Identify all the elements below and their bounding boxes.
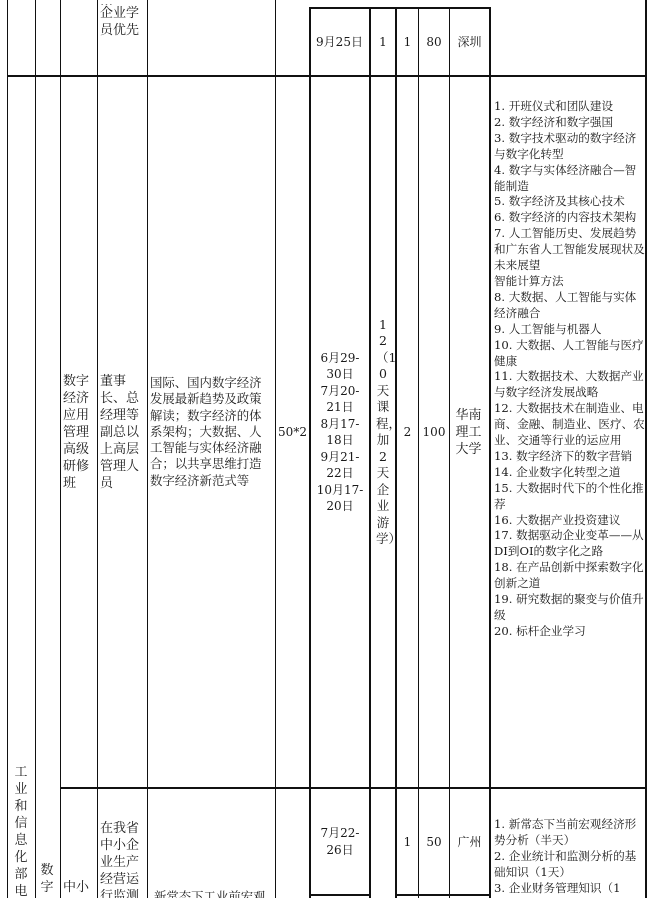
curriculum-item: 10. 大数据、人工智能与医疗健康 <box>494 338 645 370</box>
dates-cell: 6月29- 30日 7月20- 21日 8月17- 18日 9月21- 22日 … <box>311 77 369 787</box>
next-dates: 7月22- 26日 <box>321 825 360 859</box>
curriculum-item: 20. 标杆企业学习 <box>494 624 645 640</box>
department-text: 工业和信息化部电 <box>14 764 28 898</box>
training-plan-table: … 企业学员优先 9月25日 1 1 80 深圳 工业和信息化部电 数字 数字经… <box>0 0 650 898</box>
curriculum-item: 14. 企业数字化转型之道 <box>494 465 645 481</box>
course-name: 数字经济应用管理高级研修班 <box>63 373 91 492</box>
grid-line <box>60 0 61 898</box>
next-curriculum-cell: 1. 新常态下当前宏观经济形势分析（半天） 2. 企业统计和监测分析的基础知识（… <box>491 817 645 898</box>
prev-count: 80 <box>419 8 449 75</box>
next-location: 广州 <box>450 790 489 894</box>
curriculum-item: 5. 数字经济及其核心技术 <box>494 194 645 210</box>
next-content: 新常态下工业前宏观 <box>154 889 274 898</box>
curriculum-item: 8. 大数据、人工智能与实体经济融合 <box>494 290 645 322</box>
curriculum-item: 3. 数字技术驱动的数字经济与数字化转型 <box>494 131 645 163</box>
location-cell: 华南理工大学 <box>450 77 489 787</box>
grid-line <box>97 0 98 898</box>
curriculum-item: 13. 数字经济下的数字营销 <box>494 449 645 465</box>
curriculum-item: 1. 开班仪式和团队建设 <box>494 99 645 115</box>
prev-days: 1 <box>371 8 395 75</box>
prev-location: 深圳 <box>450 8 489 75</box>
date-line: 26日 <box>321 842 360 859</box>
date-line: 8月17- <box>317 416 364 433</box>
curriculum-cell: 1. 开班仪式和团队建设 2. 数字经济和数字强国 3. 数字技术驱动的数字经济… <box>491 99 645 779</box>
days-cell: 12（10天课程，加2天企业游学） <box>371 77 395 787</box>
curriculum-item: 15. 大数据时代下的个性化推荐 <box>494 481 645 513</box>
curriculum-item: 19. 研究数据的聚变与价值升级 <box>494 592 645 624</box>
department-cell: 工业和信息化部电 <box>14 764 30 898</box>
content-cell: 国际、国内数字经济发展最新趋势及政策解读；数字经济的体系架构；大数据、人工智能与… <box>150 77 274 787</box>
curriculum-item: 6. 数字经济的内容技术架构 <box>494 210 645 226</box>
curriculum-item: 9. 人工智能与机器人 <box>494 322 645 338</box>
category-text: 数字 <box>40 862 54 896</box>
date-line: 22日 <box>317 465 364 482</box>
next-target: 在我省中小企业生产经营运行监测 <box>100 820 146 898</box>
date-line: 7月20- <box>317 383 364 400</box>
dates-list: 6月29- 30日 7月20- 21日 8月17- 18日 9月21- 22日 … <box>317 350 364 515</box>
next-sessions: 1 <box>397 790 418 894</box>
prev-sessions: 1 <box>397 8 418 75</box>
grid-line <box>35 0 36 898</box>
curriculum-item: 17. 数据驱动企业变革——从DI到OI的数字化之路 <box>494 528 645 560</box>
prev-target-cell: … 企业学员优先 <box>100 0 146 39</box>
curriculum-item: 智能计算方法 <box>494 274 645 290</box>
date-line: 18日 <box>317 432 364 449</box>
grid-line <box>147 0 148 898</box>
next-dates-cell: 7月22- 26日 <box>311 790 369 894</box>
date-line: 21日 <box>317 399 364 416</box>
grid-line <box>7 0 8 898</box>
people-cell: 50*2 <box>276 77 309 787</box>
course-name-cell: 数字经济应用管理高级研修班 <box>63 77 96 787</box>
sessions-cell: 2 <box>397 77 418 787</box>
curriculum-item: 2. 企业统计和监测分析的基础知识（1天） <box>494 849 645 881</box>
curriculum-item: 11. 大数据技术、大数据产业与数字经济发展战略 <box>494 369 645 401</box>
curriculum-item: 12. 大数据技术在制造业、电商、金融、制造业、医疗、农业、交通等行业的运应用 <box>494 401 645 449</box>
next-count: 50 <box>419 790 449 894</box>
curriculum-item: 18. 在产品创新中探索数字化创新之道 <box>494 560 645 592</box>
grid-line <box>645 0 647 898</box>
grid-line <box>60 787 647 789</box>
prev-dates: 9月25日 <box>310 8 369 75</box>
curriculum-item: 2. 数字经济和数字强国 <box>494 115 645 131</box>
days-text: 12（10天课程，加2天企业游学） <box>376 317 390 548</box>
prev-target-text: 企业学员优先 <box>100 5 142 39</box>
date-line: 9月21- <box>317 449 364 466</box>
curriculum-item: 1. 新常态下当前宏观经济形势分析（半天） <box>494 817 645 849</box>
date-line: 30日 <box>317 366 364 383</box>
date-line: 20日 <box>317 498 364 515</box>
count-cell: 100 <box>419 77 449 787</box>
content-text: 国际、国内数字经济发展最新趋势及政策解读；数字经济的体系架构；大数据、人工智能与… <box>150 375 272 488</box>
next-course-name: 中小 <box>63 880 96 898</box>
date-line: 6月29- <box>317 350 364 367</box>
date-line: 7月22- <box>321 825 360 842</box>
target-cell: 董事长、总经理等副总以上高层管理人员 <box>100 77 146 787</box>
target-text: 董事长、总经理等副总以上高层管理人员 <box>100 373 144 492</box>
curriculum-item: 3. 企业财务管理知识（1 <box>494 881 645 897</box>
grid-line <box>395 894 491 896</box>
date-line: 10月17- <box>317 482 364 499</box>
curriculum-item: 4. 数字与实体经济融合—智能制造 <box>494 163 645 195</box>
grid-line <box>309 894 371 896</box>
curriculum-item: 7. 人工智能历史、发展趋势和广东省人工智能发展现状及未来展望 <box>494 226 645 274</box>
location-text: 华南理工大学 <box>456 407 484 458</box>
category-cell: 数字 <box>40 862 56 898</box>
curriculum-item: 16. 大数据产业投资建议 <box>494 513 645 529</box>
